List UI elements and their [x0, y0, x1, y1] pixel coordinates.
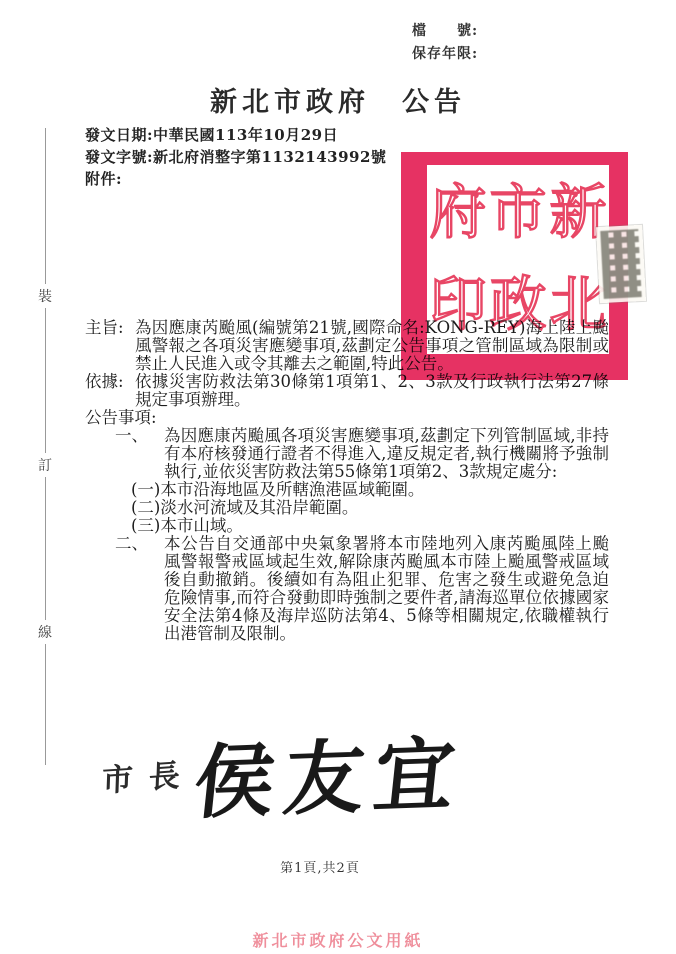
announcement-item-2: 二、本公告自交通部中央氣象署將本市陸地列入康芮颱風陸上颱風警報警戒區域起生效,解… — [85, 535, 609, 643]
subitem-1-2-text: 淡水河流域及其沿岸範圍。 — [160, 498, 358, 517]
seal-char-yin: 印 — [429, 258, 487, 353]
page-number: 第1頁,共2頁 — [0, 857, 640, 876]
attachment-line: 附件: — [85, 168, 386, 190]
retention-period-label: 保存年限: — [412, 43, 478, 66]
doc-number-value: 新北府消整字第1132143992號 — [153, 148, 386, 166]
mayor-signature-block: 市長 侯友宜 — [100, 712, 480, 842]
document-page: 檔 號: 保存年限: 新北市政府 公告 發文日期:中華民國113年10月29日 … — [0, 0, 676, 954]
issue-date-line: 發文日期:中華民國113年10月29日 — [85, 124, 386, 146]
file-number-label: 檔 號: — [412, 20, 478, 43]
announcement-subitem-1-1: (一)本市沿海地區及所轄漁港區域範圍。 — [131, 481, 609, 499]
subitem-1-3-text: 本市山域。 — [160, 516, 243, 535]
item-1-text: 為因應康芮颱風各項災害應變事項,茲劃定下列管制區域,非持有本府核發通行證者不得進… — [164, 426, 609, 481]
verification-stamp — [596, 225, 646, 303]
subitem-1-1-number: (一) — [131, 480, 160, 499]
verification-stamp-text-illegible — [600, 229, 642, 299]
binding-edge-line — [45, 128, 46, 765]
item-1-number: 一、 — [115, 427, 148, 445]
binding-char-ding: 訂 — [36, 453, 54, 477]
binding-char-zhuang: 裝 — [36, 284, 54, 308]
subitem-1-1-text: 本市沿海地區及所轄漁港區域範圍。 — [160, 480, 424, 499]
mayor-signature-name: 侯友宜 — [189, 709, 471, 834]
announcement-subitem-1-3: (三)本市山域。 — [131, 517, 609, 535]
issue-date-value: 中華民國113年10月29日 — [153, 126, 338, 144]
document-title: 新北市政府 公告 — [0, 80, 676, 119]
doc-number-label: 發文字號: — [85, 148, 153, 166]
announcement-item-1: 一、為因應康芮颱風各項災害應變事項,茲劃定下列管制區域,非持有本府核發通行證者不… — [85, 427, 609, 481]
issue-date-label: 發文日期: — [85, 126, 153, 144]
seal-char-fu: 府 — [429, 166, 487, 261]
item-2-number: 二、 — [115, 535, 148, 553]
announcement-subitem-1-2: (二)淡水河流域及其沿岸範圍。 — [131, 499, 609, 517]
mayor-title: 市長 — [101, 749, 196, 801]
doc-number-line: 發文字號:新北府消整字第1132143992號 — [85, 146, 386, 168]
seal-char-zheng: 政 — [489, 258, 547, 353]
seal-column-3: 府 印 — [429, 168, 487, 351]
subitem-1-3-number: (三) — [131, 516, 160, 535]
subject-label: 主旨: — [85, 319, 124, 337]
announcement-section-label: 公告事項: — [85, 409, 609, 427]
subitem-1-2-number: (二) — [131, 498, 160, 517]
government-seal: 新 北 市 政 府 印 — [401, 152, 628, 380]
item-2-text: 本公告自交通部中央氣象署將本市陸地列入康芮颱風陸上颱風警報警戒區域起生效,解除康… — [164, 534, 609, 643]
document-meta: 發文日期:中華民國113年10月29日 發文字號:新北府消整字第11321439… — [85, 124, 386, 190]
file-number-block: 檔 號: 保存年限: — [412, 20, 478, 66]
basis-label: 依據: — [85, 373, 124, 391]
seal-inner-face: 新 北 市 政 府 印 — [427, 165, 609, 354]
official-paper-label: 新北市政府公文用紙 — [0, 928, 676, 951]
seal-column-2: 市 政 — [489, 168, 547, 351]
seal-char-shi: 市 — [489, 166, 547, 261]
binding-char-xian: 線 — [36, 620, 54, 644]
attachment-label: 附件: — [85, 170, 122, 188]
